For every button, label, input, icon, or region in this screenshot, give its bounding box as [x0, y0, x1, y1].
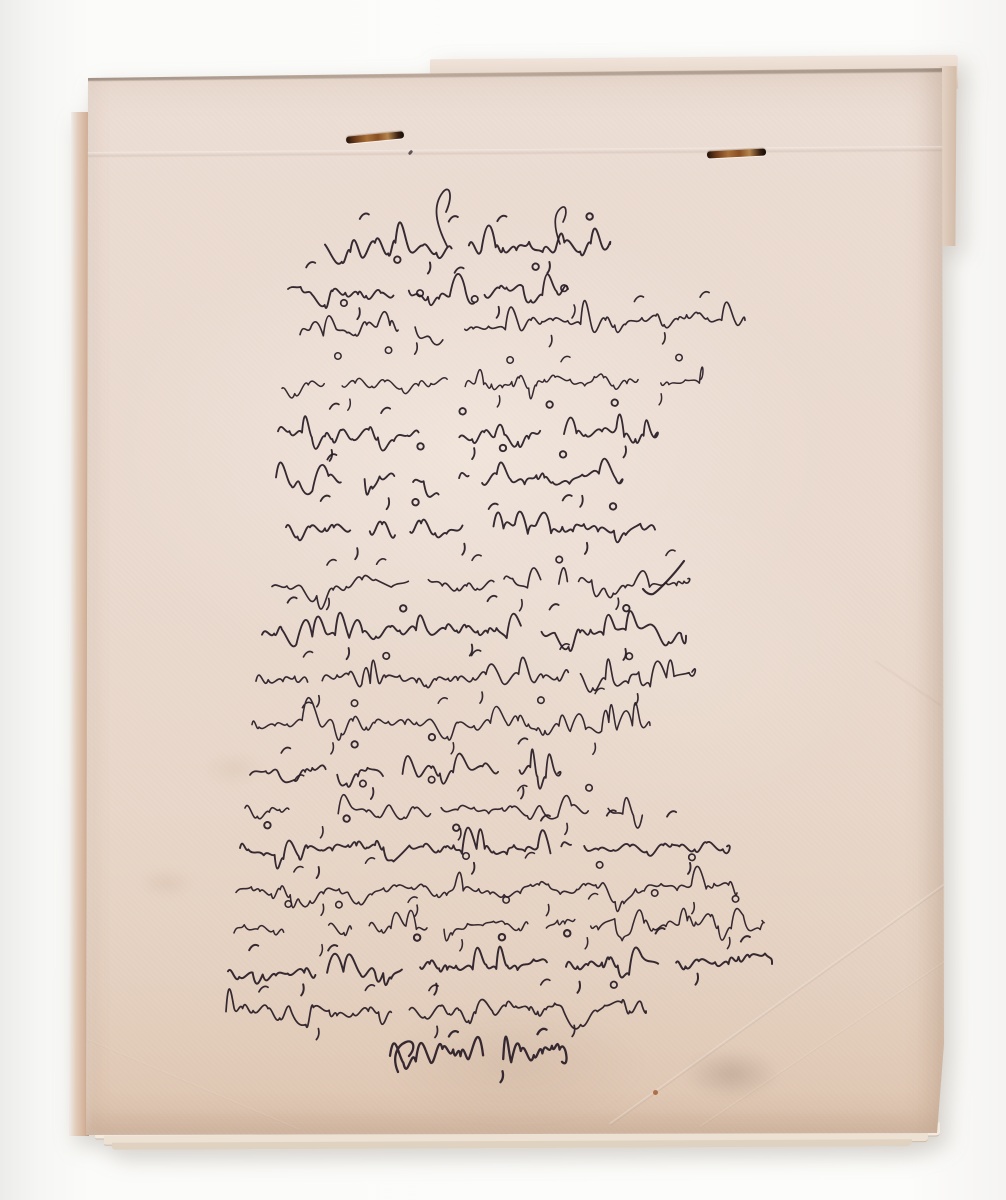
paper-crease	[84, 146, 944, 158]
paper-stain	[384, 1004, 644, 1124]
paper-crease	[609, 883, 946, 1125]
paper-stain	[684, 1049, 779, 1099]
staple-left	[346, 131, 404, 144]
paper-crease	[874, 660, 941, 706]
paper-crease	[88, 1039, 300, 1131]
paper-stack	[0, 0, 1006, 1200]
paper-stain	[139, 869, 194, 897]
paper-crease	[699, 960, 946, 1128]
paper-stain	[204, 754, 264, 784]
scan-background: ที่เคยไปวัดก็ไปหาบุญที่วัด ไม่เคยใส่บาตร…	[0, 0, 1006, 1200]
paper-stain	[653, 1090, 658, 1095]
manuscript-page	[84, 64, 944, 1136]
